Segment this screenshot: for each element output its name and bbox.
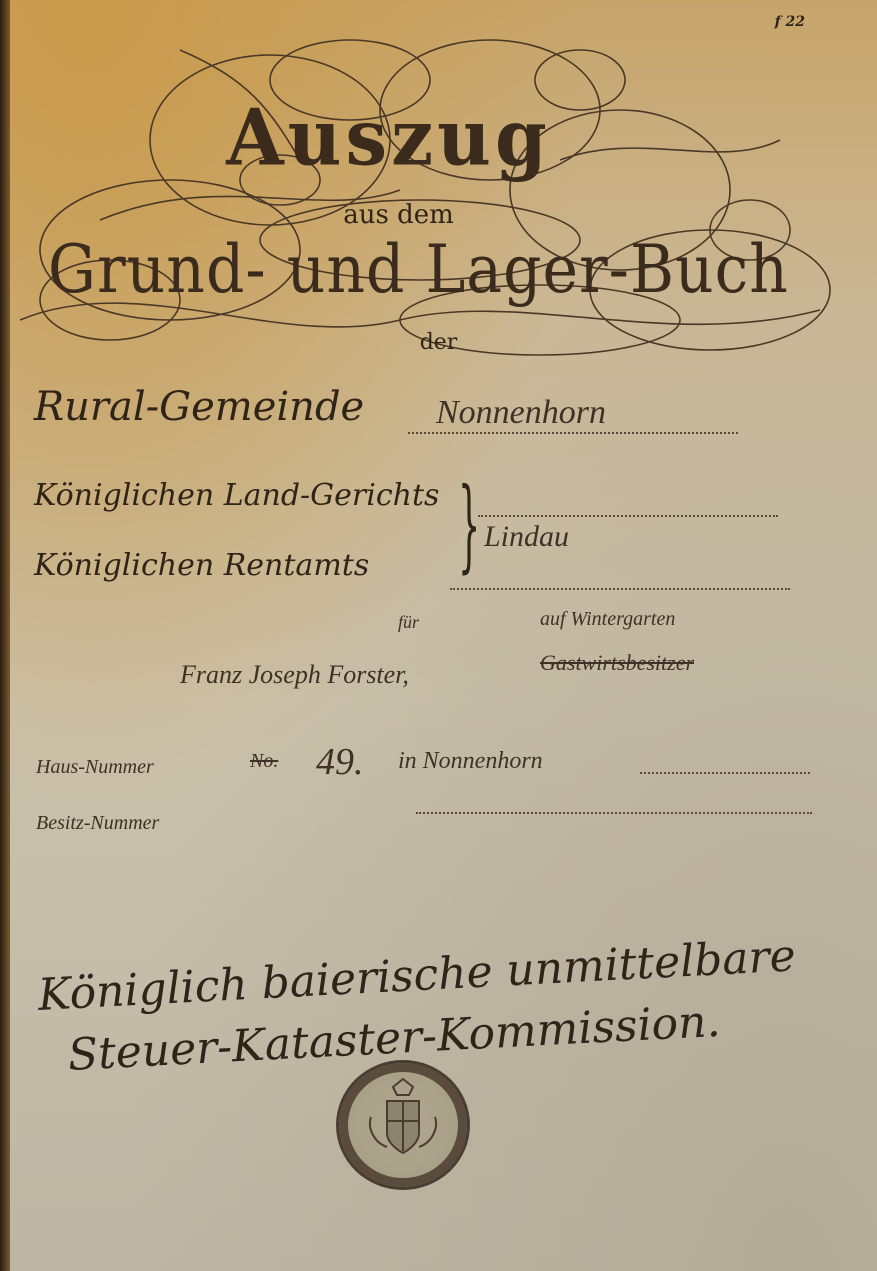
district-value: Lindau [484,520,569,554]
calligraphic-flourish-ornament [20,20,840,370]
haus-dotted-line [640,772,810,774]
title-connector: der [0,330,877,355]
haus-label: Haus-Nummer [36,756,154,779]
rentamt-dotted-line [450,588,790,590]
landgericht-dotted-line [478,515,778,517]
owner-name: Franz Joseph Forster, [180,660,409,690]
owner-prefix: für [398,612,419,633]
gemeinde-label: Rural-Gemeinde [34,384,364,430]
owner-struck-text: Gastwirtsbesitzer [540,650,694,676]
book-spine-edge [0,0,10,1271]
owner-inserted-text: auf Wintergarten [540,608,675,631]
haus-location: in Nonnenhorn [398,748,543,775]
haus-number-struck: No. [250,750,278,773]
document-title: Auszug [0,93,827,183]
rentamt-label: Königlichen Rentamts [34,548,369,583]
book-title: Grund- und Lager-Buch [0,232,857,309]
brace-bracket: } [458,475,480,575]
gemeinde-value: Nonnenhorn [436,394,606,432]
besitz-dotted-line [416,812,812,814]
landgericht-label: Königlichen Land-Gerichts [34,478,439,513]
document-subtitle: aus dem [0,200,837,230]
gemeinde-dotted-line [408,432,738,434]
besitz-label: Besitz-Nummer [36,812,159,835]
coat-of-arms-icon [357,1077,449,1173]
haus-number: 49. [316,740,364,784]
official-stamp-seal [336,1060,470,1190]
